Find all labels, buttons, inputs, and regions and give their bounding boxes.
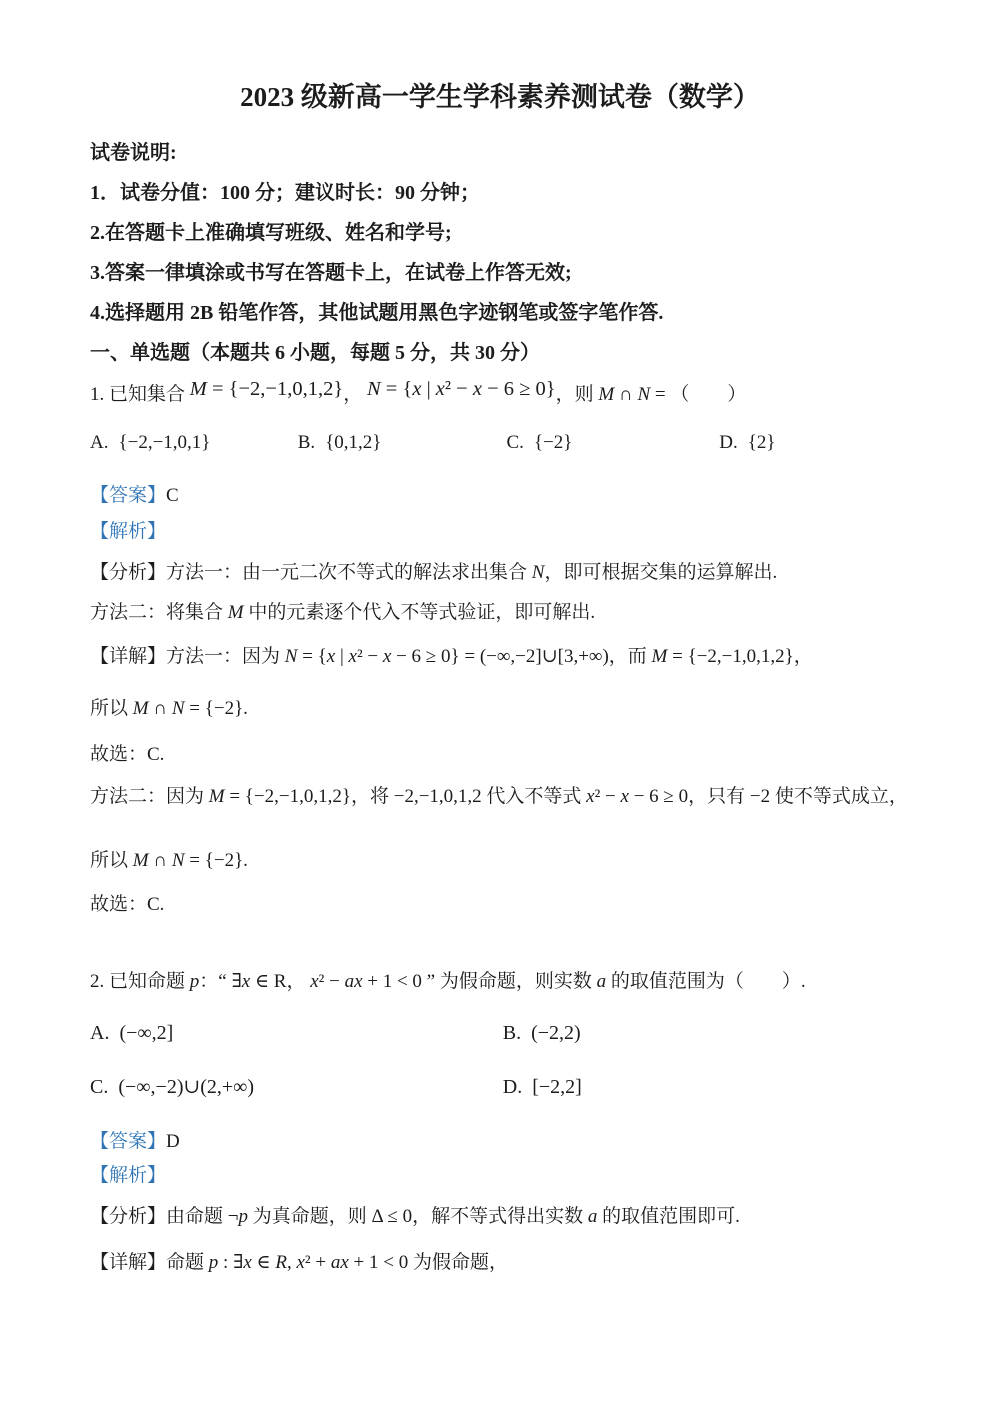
option-label: A. — [90, 1022, 109, 1044]
option-value: [−2,2] — [532, 1076, 582, 1098]
page-title: 2023 级新高一学生学科素养测试卷（数学） — [0, 80, 1000, 114]
option: D.{2} — [719, 428, 775, 458]
option-value: {−2,−1,0,1} — [118, 432, 210, 453]
exam-paper-page: 2023 级新高一学生学科素养测试卷（数学） 试卷说明: 1．试卷分值：100 … — [0, 0, 1000, 1414]
option-value: (−2,2) — [531, 1022, 581, 1044]
answer-label: 【答案】 — [90, 485, 166, 506]
exam-note-item: 1．试卷分值：100 分；建议时长：90 分钟； — [90, 180, 945, 207]
option-label: B. — [503, 1022, 521, 1044]
option-label: C. — [507, 432, 524, 453]
answer-value: C — [166, 485, 179, 506]
option-label: B. — [298, 432, 315, 453]
option: A.{−2,−1,0,1} — [90, 428, 293, 458]
option-value: {−2} — [534, 432, 572, 453]
option: D.[−2,2] — [503, 1072, 911, 1102]
explanation-label: 【解析】 — [90, 521, 166, 542]
analysis-line: 【分析】方法一：由一元二次不等式的解法求出集合 N，即可根据交集的运算解出. — [90, 558, 945, 587]
exam-note-item: 4.选择题用 2B 铅笔作答，其他试题用黑色字迹钢笔或签字笔作答. — [90, 300, 945, 327]
question-2-stem: 2. 已知命题 p：“ ∃x ∈ R， x² − ax + 1 < 0 ” 为假… — [90, 966, 945, 998]
detail-line: 方法二：因为 M = {−2,−1,0,1,2}，将 −2,−1,0,1,2 代… — [90, 782, 945, 811]
question-1-options: A.{−2,−1,0,1} B.{0,1,2} C.{−2} D.{2} — [90, 428, 945, 458]
answer-value: D — [166, 1131, 180, 1152]
option-value: (−∞,2] — [119, 1022, 173, 1044]
section-heading: 一、单选题（本题共 6 小题，每题 5 分，共 30 分） — [90, 340, 945, 367]
detail-line: 故选：C. — [90, 740, 945, 769]
question-2-answer-line: 【答案】D — [90, 1128, 945, 1155]
question-2-explanation-line: 【解析】 — [90, 1162, 945, 1189]
detail-line: 所以 M ∩ N = {−2}. — [90, 694, 945, 723]
option-label: D. — [503, 1076, 522, 1098]
option: B.(−2,2) — [503, 1018, 911, 1048]
option-label: D. — [719, 432, 737, 453]
detail-line: 【详解】命题 p : ∃x ∈ R, x² + ax + 1 < 0 为假命题， — [90, 1248, 945, 1277]
question-1-explanation-line: 【解析】 — [90, 518, 945, 545]
analysis-line: 【分析】由命题 ¬p 为真命题，则 Δ ≤ 0，解不等式得出实数 a 的取值范围… — [90, 1202, 945, 1231]
detail-line: 【详解】方法一：因为 N = {x | x² − x − 6 ≥ 0} = (−… — [90, 642, 945, 671]
question-1-answer-line: 【答案】C — [90, 482, 945, 509]
option: A.(−∞,2] — [90, 1018, 498, 1048]
exam-notes-heading: 试卷说明: — [90, 140, 945, 167]
option: C.(−∞,−2)∪(2,+∞) — [90, 1072, 498, 1102]
detail-line: 所以 M ∩ N = {−2}. — [90, 846, 945, 875]
answer-label: 【答案】 — [90, 1131, 166, 1152]
explanation-label: 【解析】 — [90, 1165, 166, 1186]
option-value: (−∞,−2)∪(2,+∞) — [118, 1076, 254, 1098]
analysis-line: 方法二：将集合 M 中的元素逐个代入不等式验证，即可解出. — [90, 598, 945, 627]
option-label: A. — [90, 432, 108, 453]
exam-note-item: 2.在答题卡上准确填写班级、姓名和学号; — [90, 220, 945, 247]
option-value: {2} — [748, 432, 776, 453]
detail-line: 故选：C. — [90, 890, 945, 919]
option: B.{0,1,2} — [298, 428, 502, 458]
question-1-stem: 1. 已知集合 M = {−2,−1,0,1,2}， N = {x | x² −… — [90, 372, 945, 412]
question-2-options: A.(−∞,2] B.(−2,2) C.(−∞,−2)∪(2,+∞) D.[−2… — [90, 1018, 945, 1126]
option-value: {0,1,2} — [325, 432, 381, 453]
option: C.{−2} — [507, 428, 715, 458]
exam-note-item: 3.答案一律填涂或书写在答题卡上，在试卷上作答无效; — [90, 260, 945, 287]
option-label: C. — [90, 1076, 108, 1098]
